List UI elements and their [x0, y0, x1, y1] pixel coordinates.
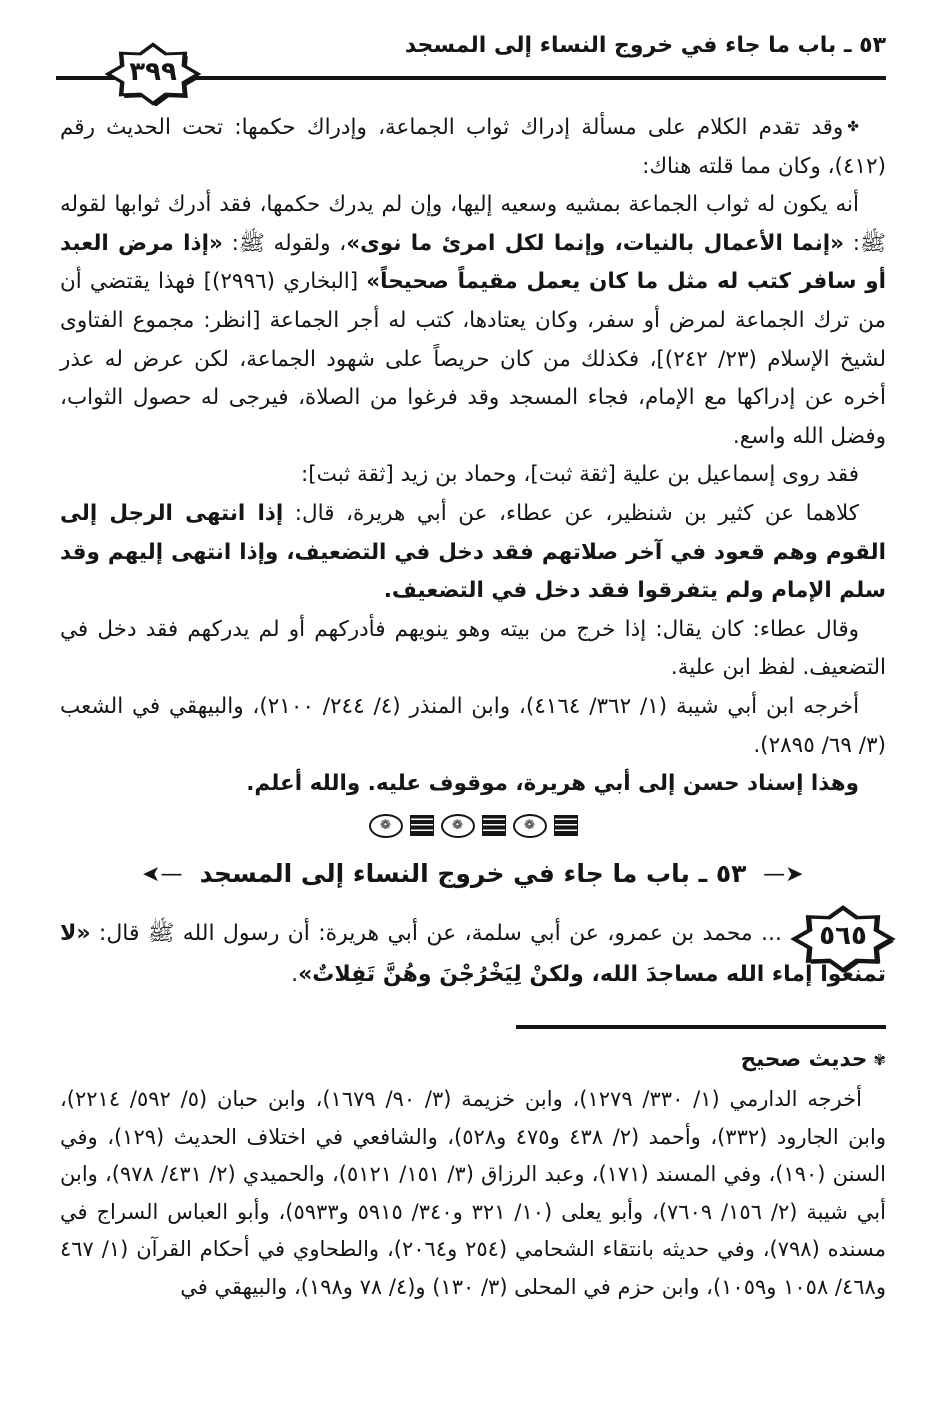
hadith-text: ... محمد بن عمرو، عن أبي سلمة، عن أبي هر…: [60, 913, 886, 995]
chapter-heading: —➤ ٥٣ ـ باب ما جاء في خروج النساء إلى ال…: [60, 852, 886, 897]
section-divider: ❁❁❁: [60, 810, 886, 842]
hadith-number-badge: ٥٦٥: [790, 905, 896, 973]
page-number: ٣٩٩: [104, 42, 202, 106]
footnote-marker-icon: ✾: [867, 1051, 886, 1069]
floral-medallion-icon: ❁: [513, 814, 547, 838]
bold-quote-text: وهذا إسناد حسن إلى أبي هريرة، موقوف عليه…: [246, 771, 859, 796]
paragraph-grading: وهذا إسناد حسن إلى أبي هريرة، موقوف عليه…: [60, 765, 886, 804]
block-ornament-icon: [482, 815, 506, 836]
paragraph-lead-ornament-icon: ✤: [843, 119, 859, 135]
page-number-badge: ٣٩٩: [104, 42, 202, 106]
paragraph-intro: ✤وقد تقدم الكلام على مسألة إدراك ثواب ال…: [60, 108, 886, 186]
chapter-flourish-left-icon: —➤: [142, 853, 182, 897]
chapter-title: ٥٣ ـ باب ما جاء في خروج النساء إلى المسج…: [200, 859, 747, 888]
paragraph-explanation: أنه يكون له ثواب الجماعة بمشيه وسعيه إلي…: [60, 186, 886, 456]
body-text: وقد تقدم الكلام على مسألة إدراك ثواب الج…: [60, 115, 886, 179]
hadith-number: ٥٦٥: [790, 905, 896, 973]
floral-medallion-icon: ❁: [441, 814, 475, 838]
hadith-block: ٥٦٥ ... محمد بن عمرو، عن أبي سلمة، عن أب…: [60, 913, 886, 995]
paragraph-athar: كلاهما عن كثير بن شنظير، عن عطاء، عن أبي…: [60, 495, 886, 611]
body-text: ... محمد بن عمرو، عن أبي سلمة، عن أبي هر…: [91, 921, 782, 946]
footnote-block: ✾حديث صحيح أخرجه الدارمي (١/ ٣٣٠/ ١٢٧٩)،…: [60, 1041, 886, 1307]
body-text: .: [291, 962, 298, 987]
body-text: فقد روى إسماعيل بن علية [ثقة ثبت]، وحماد…: [301, 462, 859, 487]
chapter-flourish-right-icon: —➤: [763, 853, 803, 897]
book-page: ٥٣ ـ باب ما جاء في خروج النساء إلى المسج…: [0, 0, 944, 1403]
body-text: كلاهما عن كثير بن شنظير، عن عطاء، عن أبي…: [283, 501, 859, 526]
floral-medallion-icon: ❁: [369, 814, 403, 838]
paragraph-isnad-intro: فقد روى إسماعيل بن علية [ثقة ثبت]، وحماد…: [60, 456, 886, 495]
body-text: أخرجه ابن أبي شيبة (١/ ٣٦٢/ ٤١٦٤)، وابن …: [60, 694, 886, 758]
footnote-text: أخرجه الدارمي (١/ ٣٣٠/ ١٢٧٩)، وابن خزيمة…: [60, 1081, 886, 1306]
footnote-separator: [516, 1025, 886, 1029]
running-head-title: ٥٣ ـ باب ما جاء في خروج النساء إلى المسج…: [405, 33, 886, 58]
footnote-grade: حديث صحيح: [741, 1047, 868, 1072]
paragraph-ata-saying: وقال عطاء: كان يقال: إذا خرج من بيته وهو…: [60, 611, 886, 688]
paragraph-takhrij: أخرجه ابن أبي شيبة (١/ ٣٦٢/ ٤١٦٤)، وابن …: [60, 688, 886, 765]
bold-quote-text: «إنما الأعمال بالنيات، وإنما لكل امرئ ما…: [346, 231, 844, 256]
block-ornament-icon: [554, 815, 578, 836]
main-column: ✤وقد تقدم الكلام على مسألة إدراك ثواب ال…: [60, 108, 886, 1306]
body-paragraphs: ✤وقد تقدم الكلام على مسألة إدراك ثواب ال…: [60, 108, 886, 804]
block-ornament-icon: [410, 815, 434, 836]
footnote-grade-line: ✾حديث صحيح: [60, 1041, 886, 1080]
body-text: ، ولقوله ﷺ:: [223, 231, 346, 256]
body-text: وقال عطاء: كان يقال: إذا خرج من بيته وهو…: [60, 617, 886, 681]
body-text: [البخاري (٢٩٩٦)] فهذا يقتضي أن من ترك ال…: [60, 269, 886, 448]
